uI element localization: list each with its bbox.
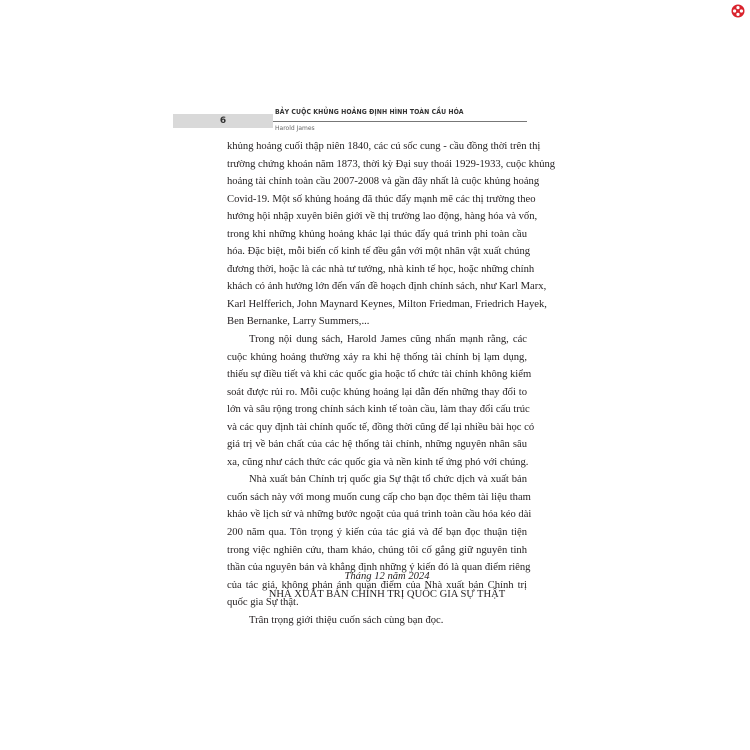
text-line: khách có ảnh hưởng lớn đến vấn đề hoạch … (227, 278, 527, 296)
text-line: hoảng tài chính toàn cầu 2007-2008 và gầ… (227, 173, 527, 191)
text-line: hướng hội nhập xuyên biên giới về thị tr… (227, 208, 527, 226)
text-line: trong việc nghiên cứu, tham khảo, chúng … (227, 542, 527, 560)
flower-badge-icon (731, 4, 745, 18)
text-line: khủng hoảng cuối thập niên 1840, các cú … (227, 138, 527, 156)
text-line: Karl Helfferich, John Maynard Keynes, Mi… (227, 296, 527, 314)
text-line: xa, cũng như cách thức các quốc gia và n… (227, 454, 527, 472)
body-text: khủng hoảng cuối thập niên 1840, các cú … (227, 138, 527, 629)
signature-date: Tháng 12 năm 2024 (227, 571, 527, 582)
running-title: BẢY CUỘC KHỦNG HOẢNG ĐỊNH HÌNH TOÀN CẦU … (275, 108, 464, 116)
text-line: Ben Bernanke, Larry Summers,... (227, 313, 527, 331)
paragraph: Trong nội dung sách, Harold James cũng n… (227, 331, 527, 471)
text-line: giá trị về bản chất của các hệ thống tài… (227, 436, 527, 454)
text-line: Trân trọng giới thiệu cuốn sách cùng bạn… (227, 612, 527, 630)
text-line: đương thời, hoặc là các nhà tư tưởng, nh… (227, 261, 527, 279)
text-line: cuộc khủng hoảng thường xảy ra khi hệ th… (227, 349, 527, 367)
text-line: trong khi những khủng hoảng khác lại thú… (227, 226, 527, 244)
paragraph: Trân trọng giới thiệu cuốn sách cùng bạn… (227, 612, 527, 630)
text-line: lớn và sâu rộng trong chính sách kinh tế… (227, 401, 527, 419)
text-line: trường chứng khoán năm 1873, thời kỳ Đại… (227, 156, 527, 174)
text-line: khảo về lịch sử và những bước ngoặt của … (227, 506, 527, 524)
text-line: Covid-19. Một số khủng hoảng đã thúc đẩy… (227, 191, 527, 209)
signature-publisher: NHÀ XUẤT BẢN CHÍNH TRỊ QUỐC GIA SỰ THẬT (227, 589, 527, 600)
text-line: thiếu sự điều tiết và khi các quốc gia h… (227, 366, 527, 384)
text-line: Nhà xuất bản Chính trị quốc gia Sự thật … (227, 471, 527, 489)
running-author: Harold James (275, 125, 315, 132)
text-line: hóa. Đặc biệt, mỗi biến cố kinh tế đều g… (227, 243, 527, 261)
text-line: và các quy định tài chính quốc tế, đồng … (227, 419, 527, 437)
text-line: 200 năm qua. Tôn trọng ý kiến của tác gi… (227, 524, 527, 542)
text-line: cuốn sách này với mong muốn cung cấp cho… (227, 489, 527, 507)
page-number: 6 (173, 114, 273, 128)
paragraph: khủng hoảng cuối thập niên 1840, các cú … (227, 138, 527, 331)
header-divider (273, 121, 527, 122)
text-line: soát được rủi ro. Mỗi cuộc khủng hoảng l… (227, 384, 527, 402)
text-line: Trong nội dung sách, Harold James cũng n… (227, 331, 527, 349)
